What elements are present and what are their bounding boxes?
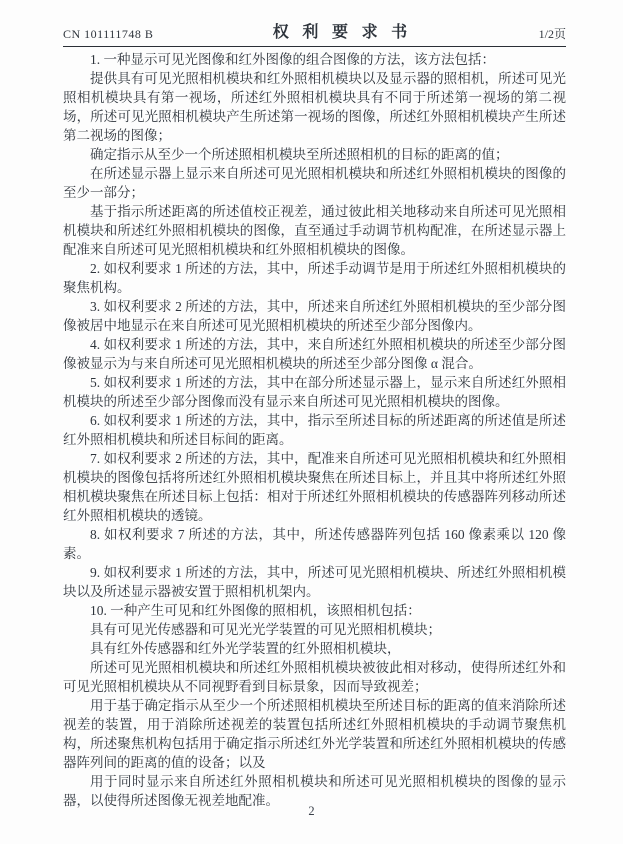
patent-claims-page: CN 101111748 B 权利要求书 1/2页 1. 一种显示可见光图像和红… bbox=[0, 0, 623, 844]
claim-paragraph: 5. 如权利要求 1 所述的方法，其中在部分所述显示器上，显示来自所述红外照相机… bbox=[63, 373, 566, 411]
claim-paragraph: 10. 一种产生可见和红外图像的照相机，该照相机包括： bbox=[63, 601, 566, 620]
claim-paragraph: 2. 如权利要求 1 所述的方法，其中，所述手动调节是用于所述红外照相机模块的聚… bbox=[63, 259, 566, 297]
claim-paragraph: 确定指示从至少一个所述照相机模块至所述照相机的目标的距离的值； bbox=[63, 145, 566, 164]
claim-paragraph: 具有可见光传感器和可见光光学装置的可见光照相机模块； bbox=[63, 620, 566, 639]
page-footer: 2 bbox=[0, 802, 623, 820]
claims-body: 1. 一种显示可见光图像和红外图像的组合图像的方法，该方法包括：提供具有可见光照… bbox=[63, 50, 566, 810]
page-number: 2 bbox=[308, 804, 314, 818]
claim-paragraph: 用于基于确定指示从至少一个所述照相机模块至所述目标的距离的值来消除所述视差的装置… bbox=[63, 696, 566, 772]
claim-paragraph: 9. 如权利要求 1 所述的方法，其中，所述可见光照相机模块、所述红外照相机模块… bbox=[63, 563, 566, 601]
document-number: CN 101111748 B bbox=[63, 27, 153, 42]
claim-paragraph: 提供具有可见光照相机模块和红外照相机模块以及显示器的照相机，所述可见光照相机模块… bbox=[63, 69, 566, 145]
claim-paragraph: 6. 如权利要求 1 所述的方法，其中，指示至所述目标的所述距离的所述值是所述红… bbox=[63, 411, 566, 449]
claim-paragraph: 4. 如权利要求 1 所述的方法，其中，来自所述红外照相机模块的所述至少部分图像… bbox=[63, 335, 566, 373]
page-indicator: 1/2页 bbox=[539, 25, 566, 42]
claim-paragraph: 具有红外传感器和红外光学装置的红外照相机模块， bbox=[63, 639, 566, 658]
claim-paragraph: 在所述显示器上显示来自所述可见光照相机模块和所述红外照相机模块的图像的至少一部分… bbox=[63, 164, 566, 202]
claim-paragraph: 1. 一种显示可见光图像和红外图像的组合图像的方法，该方法包括： bbox=[63, 50, 566, 69]
claim-paragraph: 8. 如权利要求 7 所述的方法，其中，所述传感器阵列包括 160 像素乘以 1… bbox=[63, 525, 566, 563]
claim-paragraph: 7. 如权利要求 2 所述的方法，其中，配准来自所述可见光照相机模块和红外照相机… bbox=[63, 449, 566, 525]
page-title: 权利要求书 bbox=[259, 19, 421, 42]
page-header: CN 101111748 B 权利要求书 1/2页 bbox=[63, 18, 566, 47]
claim-paragraph: 3. 如权利要求 2 所述的方法，其中，所述来自所述红外照相机模块的至少部分图像… bbox=[63, 297, 566, 335]
claim-paragraph: 基于指示所述距离的所述值校正视差，通过彼此相关地移动来自所述可见光照相机模块和所… bbox=[63, 202, 566, 259]
claim-paragraph: 所述可见光照相机模块和所述红外照相机模块被彼此相对移动，使得所述红外和可见光照相… bbox=[63, 658, 566, 696]
